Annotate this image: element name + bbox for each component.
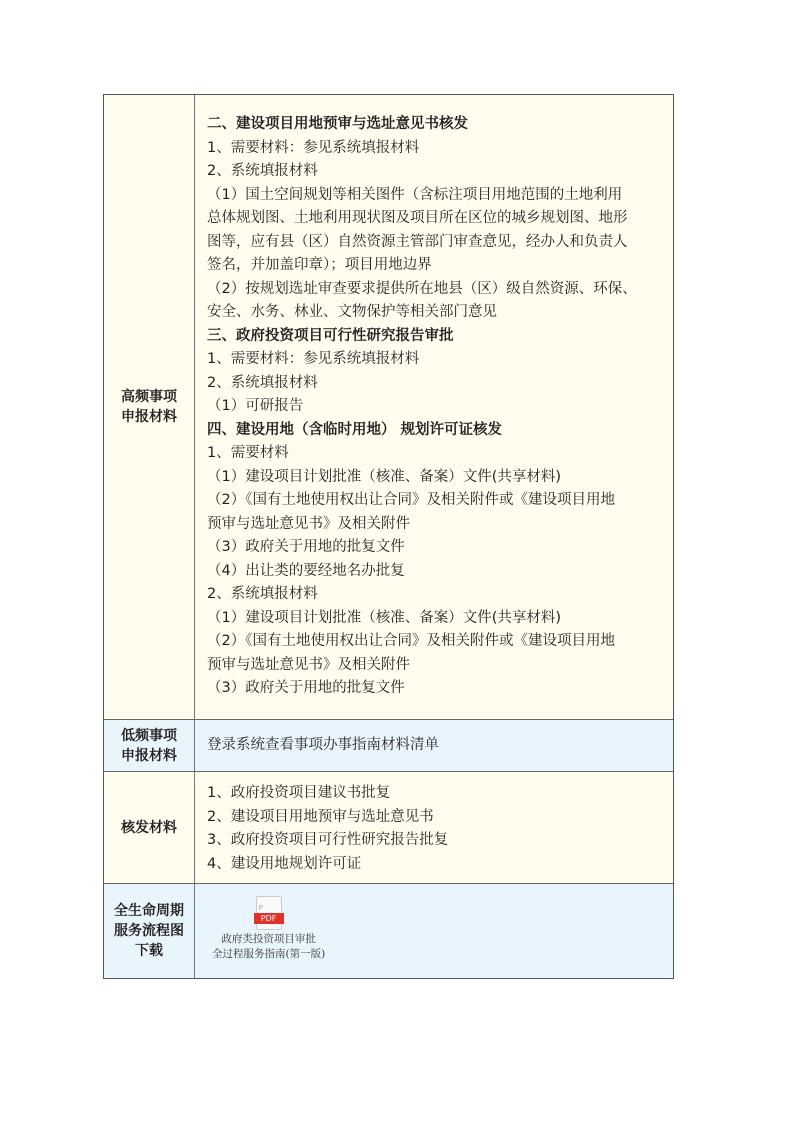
row-content: 二、建设项目用地预审与选址意见书核发 1、需要材料：参见系统填报材料 2、系统填… (195, 95, 673, 719)
label-line: 核发材料 (121, 818, 177, 838)
text-line: 1、需要材料：参见系统填报材料 (207, 348, 673, 372)
row-content: 登录系统查看事项办事指南材料清单 (195, 720, 673, 771)
text-line: 2、系统填报材料 (207, 372, 673, 396)
text-line: 2、系统填报材料 (207, 583, 673, 607)
text-line: 图等，应有县（区）自然资源主管部门审查意见，经办人和负责人 (207, 231, 673, 255)
row-flowchart-download: 全生命周期 服务流程图 下载 P PDF 政府类投资项目审批 全过程服务指南(第… (104, 883, 673, 978)
text-line: 总体规划图、土地利用现状图及项目所在区位的城乡规划图、地形 (207, 207, 673, 231)
pdf-file-icon[interactable]: P PDF (254, 896, 284, 930)
text-line: 1、政府投资项目建议书批复 (207, 782, 673, 806)
text-line: （4）出让类的要经地名办批复 (207, 560, 673, 584)
section-heading: 四、建设用地（含临时用地） 规划许可证核发 (207, 419, 673, 443)
service-guide-table: 高频事项 申报材料 二、建设项目用地预审与选址意见书核发 1、需要材料：参见系统… (103, 94, 674, 979)
text-line: （3）政府关于用地的批复文件 (207, 536, 673, 560)
text-line: （2）《国有土地使用权出让合同》及相关附件或《建设项目用地 (207, 630, 673, 654)
text-line: （1）建设项目计划批准（核准、备案）文件(共享材料) (207, 466, 673, 490)
section-heading: 二、建设项目用地预审与选址意见书核发 (207, 113, 673, 137)
row-label: 核发材料 (104, 772, 195, 883)
text-line: 2、建设项目用地预审与选址意见书 (207, 806, 673, 830)
label-line: 服务流程图 (114, 921, 184, 941)
row-label: 低频事项 申报材料 (104, 720, 195, 771)
text-line: （1）可研报告 (207, 395, 673, 419)
row-content: P PDF 政府类投资项目审批 全过程服务指南(第一版) (195, 884, 673, 978)
section-heading: 三、政府投资项目可行性研究报告审批 (207, 325, 673, 349)
row-high-frequency-materials: 高频事项 申报材料 二、建设项目用地预审与选址意见书核发 1、需要材料：参见系统… (104, 95, 673, 719)
text-line: 4、建设用地规划许可证 (207, 853, 673, 877)
row-issued-materials: 核发材料 1、政府投资项目建议书批复 2、建设项目用地预审与选址意见书 3、政府… (104, 771, 673, 883)
label-line: 申报材料 (121, 746, 177, 766)
pdf-caption[interactable]: 政府类投资项目审批 全过程服务指南(第一版) (212, 932, 325, 962)
text-line: （1）国土空间规划等相关图件（含标注项目用地范围的土地利用 (207, 184, 673, 208)
label-line: 低频事项 (121, 726, 177, 746)
label-line: 全生命周期 (114, 901, 184, 921)
text-line: 预审与选址意见书》及相关附件 (207, 513, 673, 537)
text-line: （1）建设项目计划批准（核准、备案）文件(共享材料) (207, 607, 673, 631)
label-line: 申报材料 (121, 407, 177, 427)
label-line: 高频事项 (121, 387, 177, 407)
text-line: 签名，并加盖印章）；项目用地边界 (207, 254, 673, 278)
text-line: 1、需要材料：参见系统填报材料 (207, 137, 673, 161)
row-label: 高频事项 申报材料 (104, 95, 195, 719)
pdf-download-link[interactable]: P PDF 政府类投资项目审批 全过程服务指南(第一版) (212, 896, 325, 962)
text-line: 预审与选址意见书》及相关附件 (207, 654, 673, 678)
label-line: 下载 (114, 941, 184, 961)
text-line: 安全、水务、林业、文物保护等相关部门意见 (207, 301, 673, 325)
text-line: （2）按规划选址审查要求提供所在地县（区）级自然资源、环保、 (207, 278, 673, 302)
text-line: 1、需要材料 (207, 442, 673, 466)
row-label: 全生命周期 服务流程图 下载 (104, 884, 195, 978)
text-line: 2、系统填报材料 (207, 160, 673, 184)
text-line: 登录系统查看事项办事指南材料清单 (207, 734, 439, 758)
row-content: 1、政府投资项目建议书批复 2、建设项目用地预审与选址意见书 3、政府投资项目可… (195, 772, 673, 883)
text-line: （2）《国有土地使用权出让合同》及相关附件或《建设项目用地 (207, 489, 673, 513)
row-low-frequency-materials: 低频事项 申报材料 登录系统查看事项办事指南材料清单 (104, 719, 673, 771)
text-line: （3）政府关于用地的批复文件 (207, 677, 673, 701)
text-line: 3、政府投资项目可行性研究报告批复 (207, 829, 673, 853)
